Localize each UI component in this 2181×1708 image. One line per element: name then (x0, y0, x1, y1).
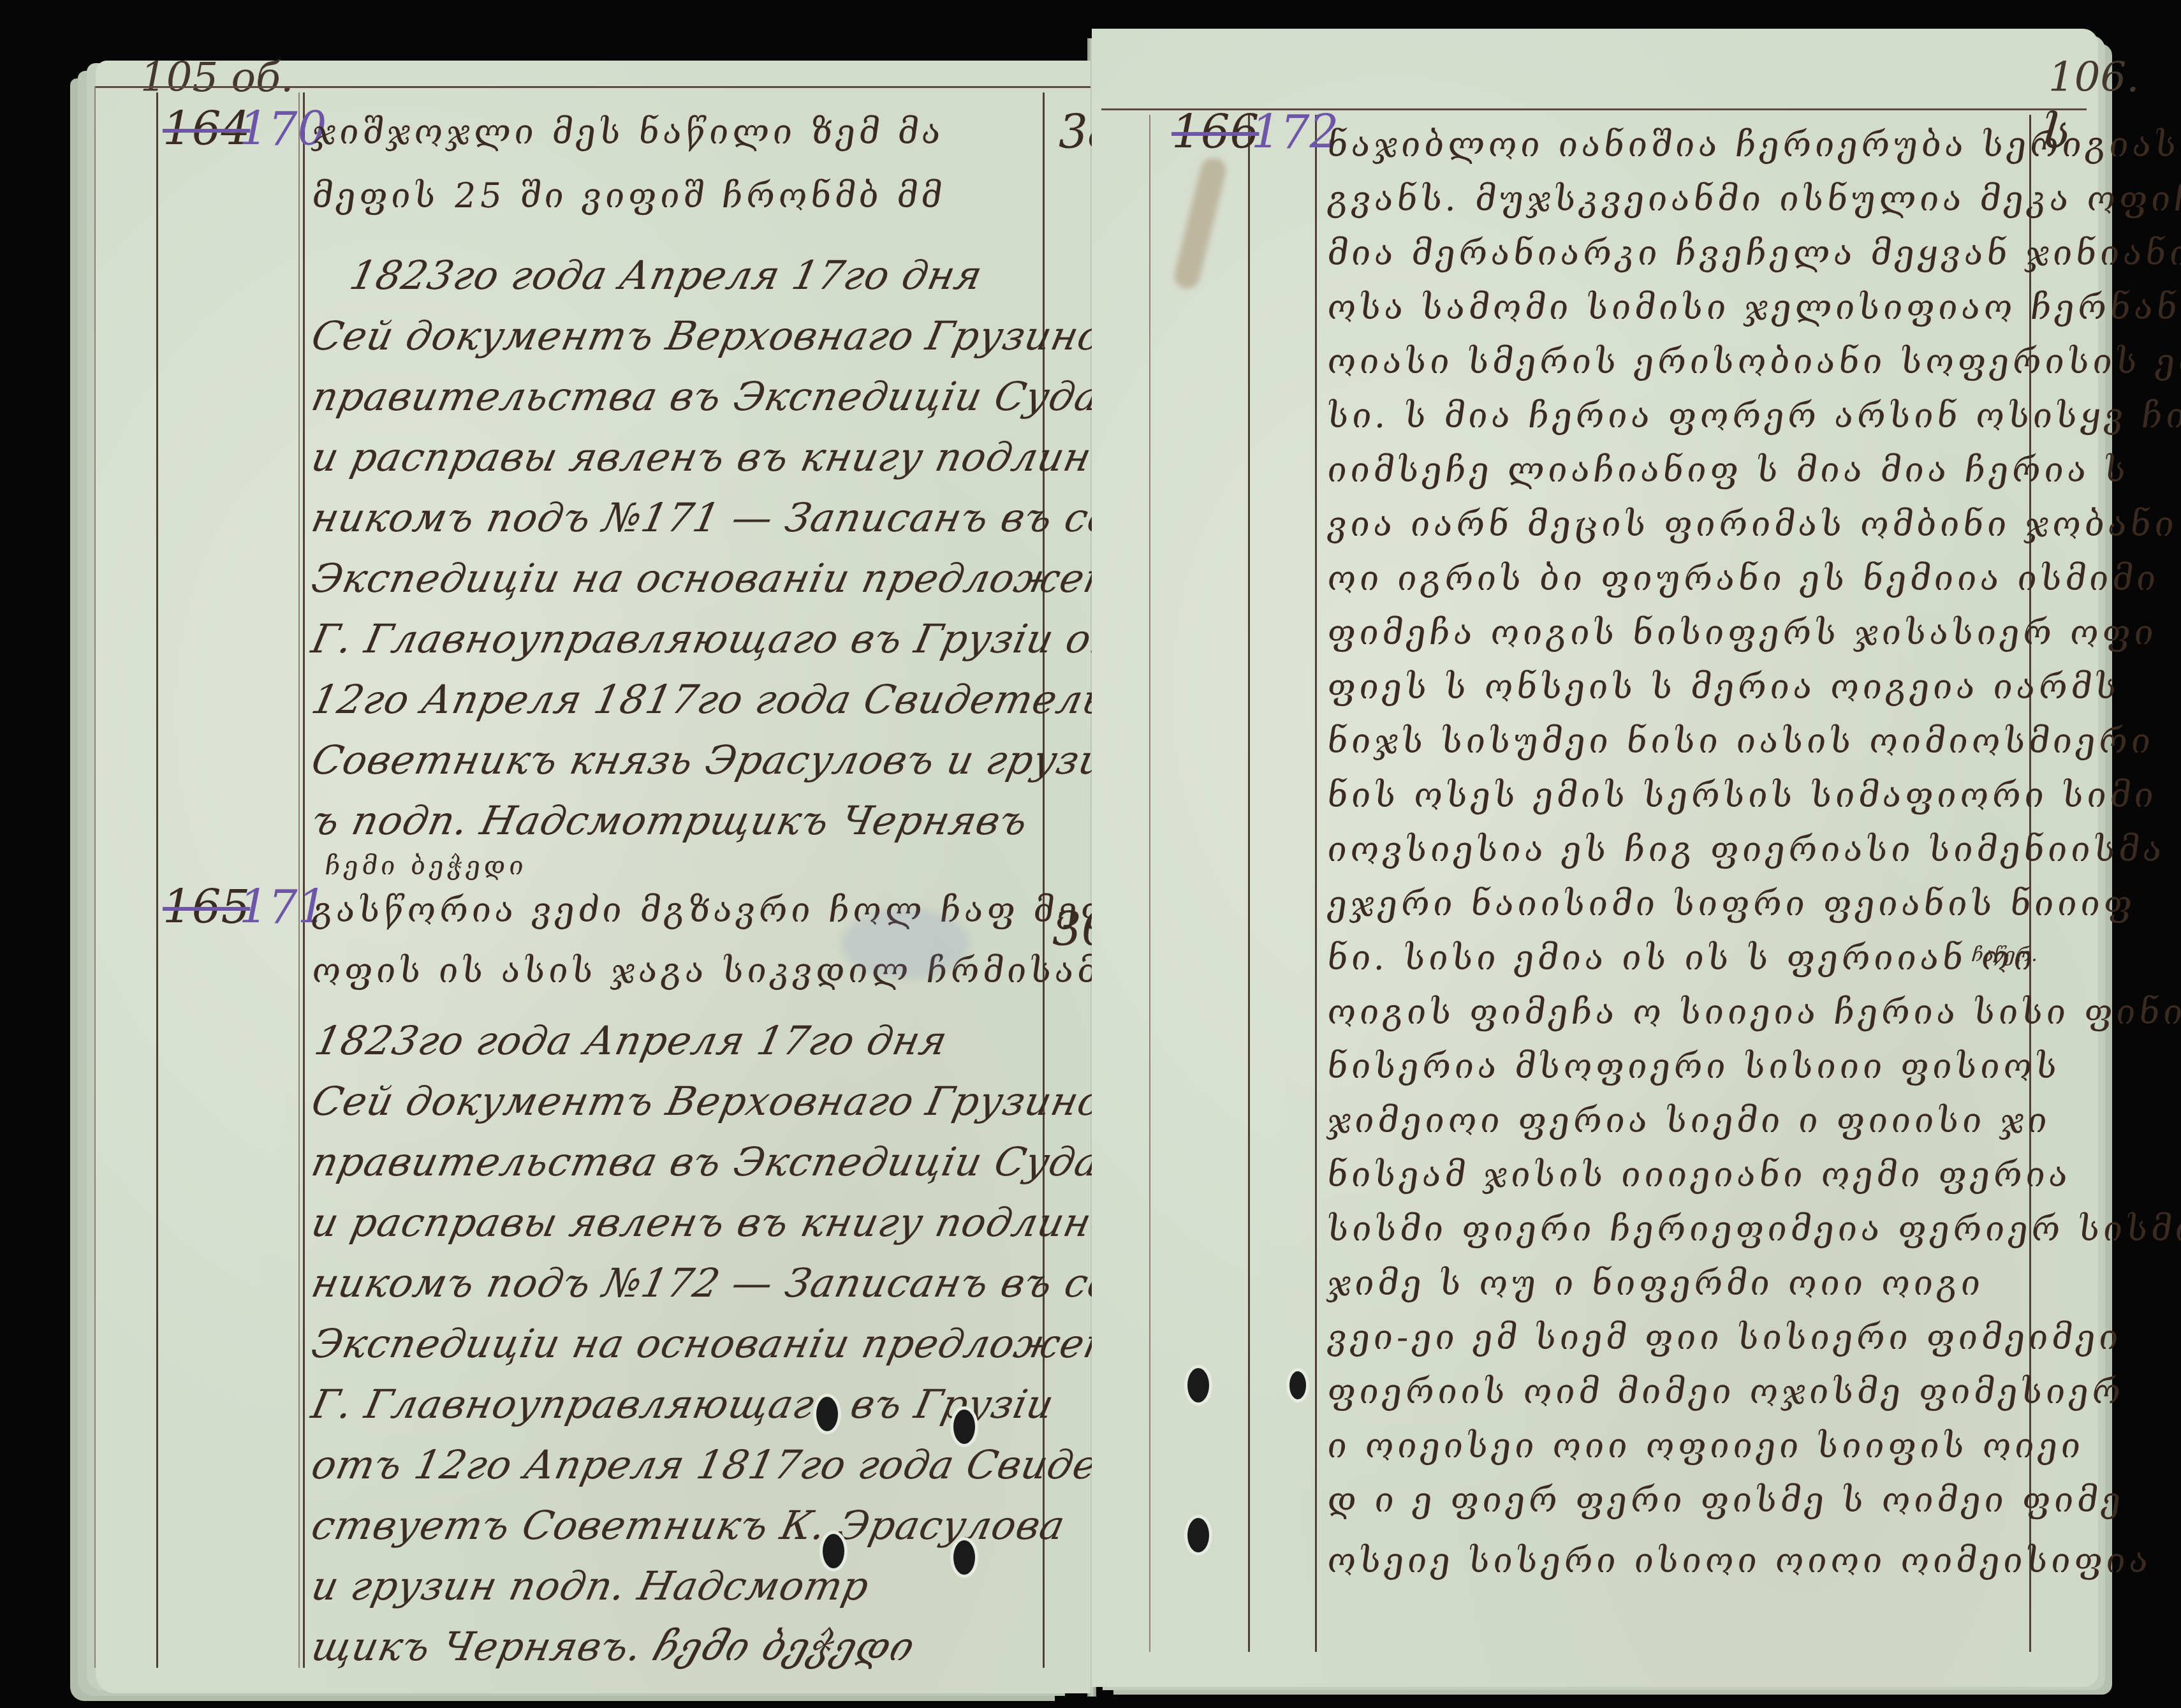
russian-line: ствуетъ Советникъ К. Эрасулова (307, 1502, 1069, 1549)
russian-line: и расправы явленъ въ книгу подлин- (307, 434, 1110, 480)
georgian-line: ოფის ის ასის ჯაგა სიკვდილ ჩრმისამი (310, 950, 1127, 990)
old-entry-number: 165 (163, 880, 250, 934)
russian-line: Г. Главноуправляющаго въ Грузіи (307, 1381, 1058, 1427)
column-line-text-start (1315, 115, 1317, 1652)
old-entry-number: 166 (1171, 105, 1259, 159)
russian-line: Сей документъ Верховнаго Грузинскаго (307, 313, 1200, 359)
russian-line: Экспедиціи на основаніи предложенія (307, 1320, 1156, 1367)
russian-line: Экспедиціи на основаніи предложенія (307, 555, 1156, 601)
punch-hole (953, 1410, 975, 1444)
russian-line: никомъ подъ №172 — Записанъ въ сей (307, 1260, 1143, 1306)
ink-stain (1171, 155, 1229, 291)
new-entry-number: 172 (1251, 105, 1339, 159)
georgian-line: ჯიშჯოჯლი მეს ნაწილი ზემ მა (310, 112, 948, 152)
punch-hole (953, 1540, 975, 1575)
punch-hole (1289, 1371, 1306, 1399)
russian-line: Советникъ князь Эрасуловъ и грузин (307, 737, 1137, 783)
folio-number-left: 105 об. (140, 54, 293, 101)
russian-line: Г. Главноуправляющаго въ Грузіи отъ (307, 615, 1161, 662)
old-entry-number: 164 (163, 102, 250, 156)
russian-line: отъ 12го Апреля 1817го года Свидетель- (307, 1441, 1226, 1488)
right-page: 106. 166 172 ს ჩაწერ. ნაჯიბლოი იანიშია ჩ… (1092, 29, 2098, 1687)
georgian-line: მეფის 25 ში ვიფიშ ჩრონმბ მმ (310, 175, 948, 216)
russian-line: ъ подп. Надсмотрщикъ Чернявъ (307, 797, 1032, 844)
column-line-old-number (156, 92, 158, 1668)
column-line-old-number (1248, 115, 1250, 1652)
folio-number-right: 106. (2048, 54, 2140, 101)
left-page: 105 об. 164 170 ჯიშჯოჯლი მეს ნაწილი ზემ … (96, 61, 1090, 1693)
signature: ჩემი ბეჭედი (323, 851, 529, 881)
header-rule (96, 86, 1090, 88)
column-line (1149, 115, 1150, 1652)
punch-hole (816, 1397, 838, 1431)
russian-line: и грузин подп. Надсмотр (307, 1563, 874, 1609)
violet-smudge (842, 909, 969, 979)
outer-margin-line (94, 86, 96, 1668)
russian-line: Сей документъ Верховнаго Грузинскаго (307, 1078, 1200, 1124)
punch-hole (1187, 1368, 1209, 1402)
russian-line: правительства въ Экспедиціи Суда (307, 373, 1105, 420)
russian-line: никомъ подъ №171 — Записанъ въ сей (307, 494, 1143, 541)
russian-line: 1823го года Апреля 17го дня (346, 252, 987, 298)
russian-line: правительства въ Экспедиціи Суда (307, 1138, 1105, 1185)
russian-line: щикъ Чернявъ. ჩემი ბეჭედი (307, 1623, 919, 1670)
russian-line: 1823го года Апреля 17го дня (311, 1017, 951, 1064)
punch-hole (1187, 1518, 1209, 1552)
russian-line: и расправы явленъ въ книгу подлин- (307, 1199, 1110, 1246)
punch-hole (823, 1534, 844, 1568)
